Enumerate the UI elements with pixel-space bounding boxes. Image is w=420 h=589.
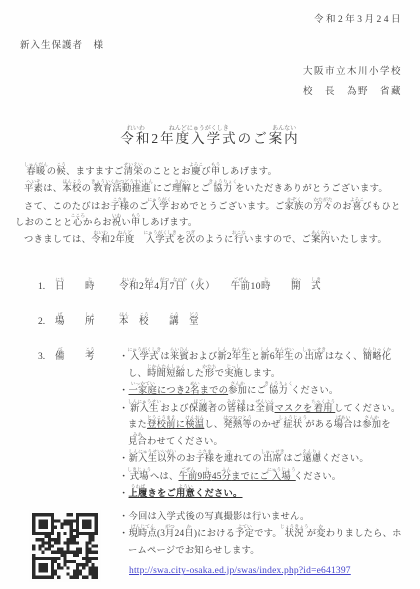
- list-item-location: 2. 場ば 所しょ 本ほん 校こう 講こう 堂どう: [38, 313, 405, 332]
- thanks-paragraph: 平素へいそは、本校ほんこうの教育活動推進きょういくかつどうすいしんにご理解りかい…: [15, 180, 405, 197]
- congratulations-paragraph: さて、このたびはお子様こさまのご入学にゅうがくおめでとうございます。ご家族かぞく…: [15, 198, 405, 232]
- note-line: ・新入生以外しんにゅうせいいがいのお子様こさまを連つれての出席しゅっせきはご遠慮…: [119, 450, 405, 468]
- greeting-paragraph: 春暖しゅんだんの候こう、ますますご清栄せいえいのこととお慶よろこび申もうしあげま…: [15, 163, 405, 180]
- school-name: 大阪市立木川小学校: [15, 66, 402, 78]
- item-label-datetime: 日にち 時じ: [55, 278, 119, 297]
- qr-code-icon: [29, 510, 101, 582]
- item-value-location: 本ほん 校こう 講こう 堂どう: [119, 313, 405, 332]
- document-page: 令和2年3月24日 新入生保護者 様 大阪市立木川小学校 校 長 為野 省藏 令…: [0, 0, 420, 589]
- homepage-link[interactable]: http://swa.city-osaka.ed.jp/swas/index.p…: [129, 566, 351, 576]
- document-title: 令和れいわ2年度入学式ねんどにゅうがくしきのご案内あんない: [15, 126, 405, 151]
- note-line: ・上履うわばきをご用意よういください。: [119, 485, 405, 503]
- item-number: 3.: [38, 348, 55, 367]
- note-line: ・現時点げんじてん(3月がつ24日か)における予定よていです。状況じょうきょうが…: [119, 525, 405, 559]
- item-value-datetime: 令和れいわ2年ねん4月がつ7日なのか（火か） 午前ごぜん10時じ 開かい 式しき: [119, 278, 405, 297]
- issue-date: 令和2年3月24日: [15, 14, 403, 26]
- homepage-link-line: http://swa.city-osaka.ed.jp/swas/index.p…: [119, 565, 405, 578]
- list-item-datetime: 1. 日にち 時じ 令和れいわ2年ねん4月がつ7日なのか（火か） 午前ごぜん10…: [38, 278, 405, 297]
- principal-name: 校 長 為野 省藏: [15, 86, 402, 98]
- body-text: 春暖しゅんだんの候こう、ますますご清栄せいえいのこととお慶よろこび申もうしあげま…: [15, 163, 405, 248]
- item-number: 2.: [38, 313, 55, 332]
- note-line: ・一家庭いっかていにつき2名めいまでの参加さんかにご協力きょうりょくください。: [119, 382, 405, 400]
- note-line: ・今回は入学式後の写真撮影は行いません。: [119, 509, 405, 526]
- item-label-remarks: 備び 考こう: [55, 348, 119, 367]
- remarks-notes: ・入学式にゅうがくしきは来賓らいひんおよび新しん2年生ねんせいと新しん6年生ねん…: [119, 348, 405, 578]
- item-number: 1.: [38, 278, 55, 297]
- note-line: ・入学式にゅうがくしきは来賓らいひんおよび新しん2年生ねんせいと新しん6年生ねん…: [119, 348, 405, 382]
- note-line: ・新入生しんにゅうせいおよび保護者ほごしゃの皆様みなさまは全員ぜんいんマスクを着…: [119, 400, 405, 451]
- announcement-paragraph: つきましては、令和れいわ2年度ねんど 入学式にゅうがくしきを次つぎのように行おこ…: [15, 231, 405, 248]
- recipient-line: 新入生保護者 様: [20, 40, 405, 52]
- note-line: ・式場しきじょうへは、午前ごぜん9時じ45分ふんまでにご入場にゅうじょうください…: [119, 468, 405, 486]
- item-label-location: 場ば 所しょ: [55, 313, 119, 332]
